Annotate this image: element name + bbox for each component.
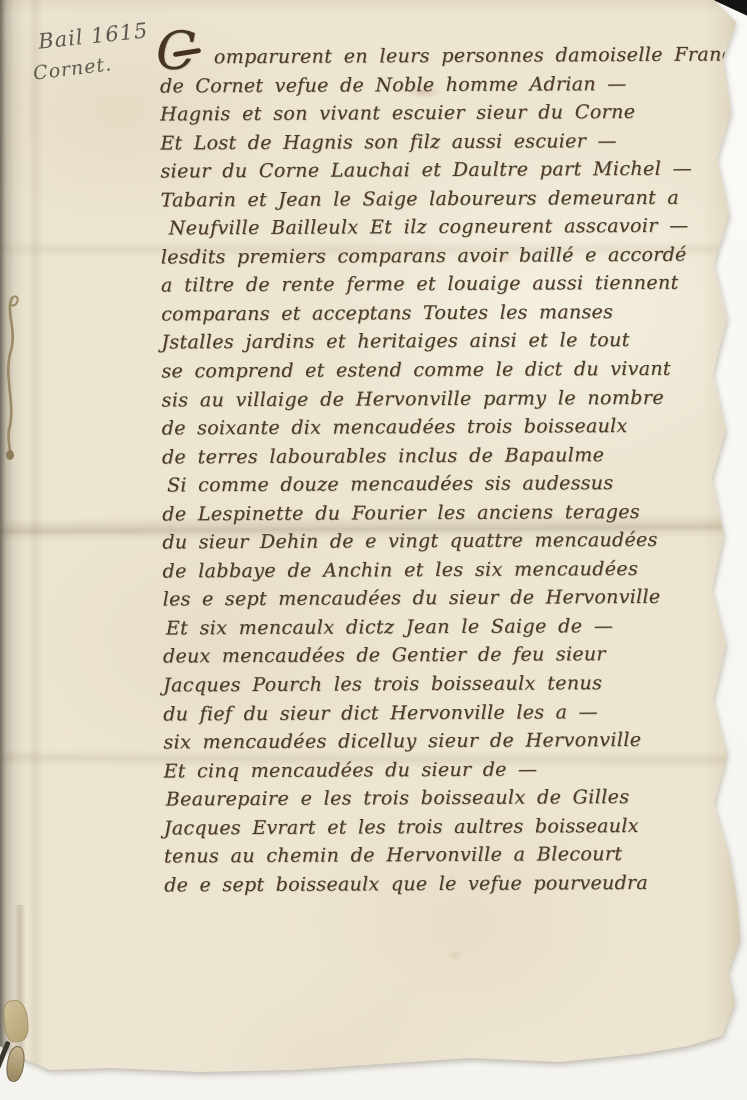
manuscript-line: Jacques Evrart et les trois aultres bois… [164,811,724,842]
manuscript-line: sieur du Corne Lauchai et Daultre part M… [160,155,720,186]
binding-thread [0,292,28,462]
archive-note-name: Cornet. [32,53,113,84]
manuscript-line: de terres labourables inclus de Bapaulme [162,440,722,471]
manuscript-line: du fief du sieur dict Hervonville les a … [163,697,723,728]
manuscript-text: omparurent en leurs personnes damoiselle… [160,41,724,900]
manuscript-line: a tiltre de rente ferme et louaige aussi… [161,269,721,300]
manuscript-line: omparurent en leurs personnes damoiselle… [160,41,720,72]
manuscript-page: Bail 1615 Cornet. C omparurent en leurs … [0,0,747,1100]
manuscript-line: Beaurepaire e les trois boisseaulx de Gi… [164,783,724,814]
manuscript-line: Jacques Pourch les trois boisseaulx tenu… [163,669,723,700]
manuscript-line: de Cornet vefue de Noble homme Adrian — [160,69,720,100]
scanned-document: Bail 1615 Cornet. C omparurent en leurs … [0,0,747,1100]
paper-shadow-wrap: Bail 1615 Cornet. C omparurent en leurs … [0,0,747,1100]
archive-note-year: Bail 1615 [37,18,149,53]
manuscript-line: Neufville Bailleulx Et ilz cogneurent as… [161,212,721,243]
manuscript-line: de soixante dix mencaudées trois boissea… [162,412,722,443]
manuscript-line: tenus au chemin de Hervonville a Blecour… [164,840,724,871]
manuscript-line: de Lespinette du Fourier les anciens ter… [162,497,722,528]
manuscript-line: Et Lost de Hagnis son filz aussi escuier… [160,126,720,157]
manuscript-line: se comprend et estend comme le dict du v… [161,355,721,386]
manuscript-line: de labbaye de Anchin et les six mencaudé… [162,554,722,585]
manuscript-line: deux mencaudées de Gentier de feu sieur [163,640,723,671]
manuscript-line: Et cinq mencaudées du sieur de — [163,754,723,785]
vertical-crease-left [26,0,44,1100]
manuscript-line: les e sept mencaudées du sieur de Hervon… [163,583,723,614]
manuscript-line: Tabarin et Jean le Saige laboureurs deme… [161,183,721,214]
manuscript-line: sis au villaige de Hervonville parmy le … [162,383,722,414]
manuscript-line: comparans et acceptans Toutes les manses [161,297,721,328]
manuscript-line: Hagnis et son vivant escuier sieur du Co… [160,98,720,129]
manuscript-line: Jstalles jardins et heritaiges ainsi et … [161,326,721,357]
manuscript-line: de e sept boisseaulx que le vefue pourve… [164,868,724,899]
manuscript-line: Si comme douze mencaudées sis audessus [162,469,722,500]
manuscript-line: du sieur Dehin de e vingt quattre mencau… [162,526,722,557]
manuscript-line: six mencaudées dicelluy sieur de Hervonv… [163,726,723,757]
manuscript-line: Et six mencaulx dictz Jean le Saige de — [163,611,723,642]
manuscript-line: lesdits premiers comparans avoir baillé … [161,240,721,271]
